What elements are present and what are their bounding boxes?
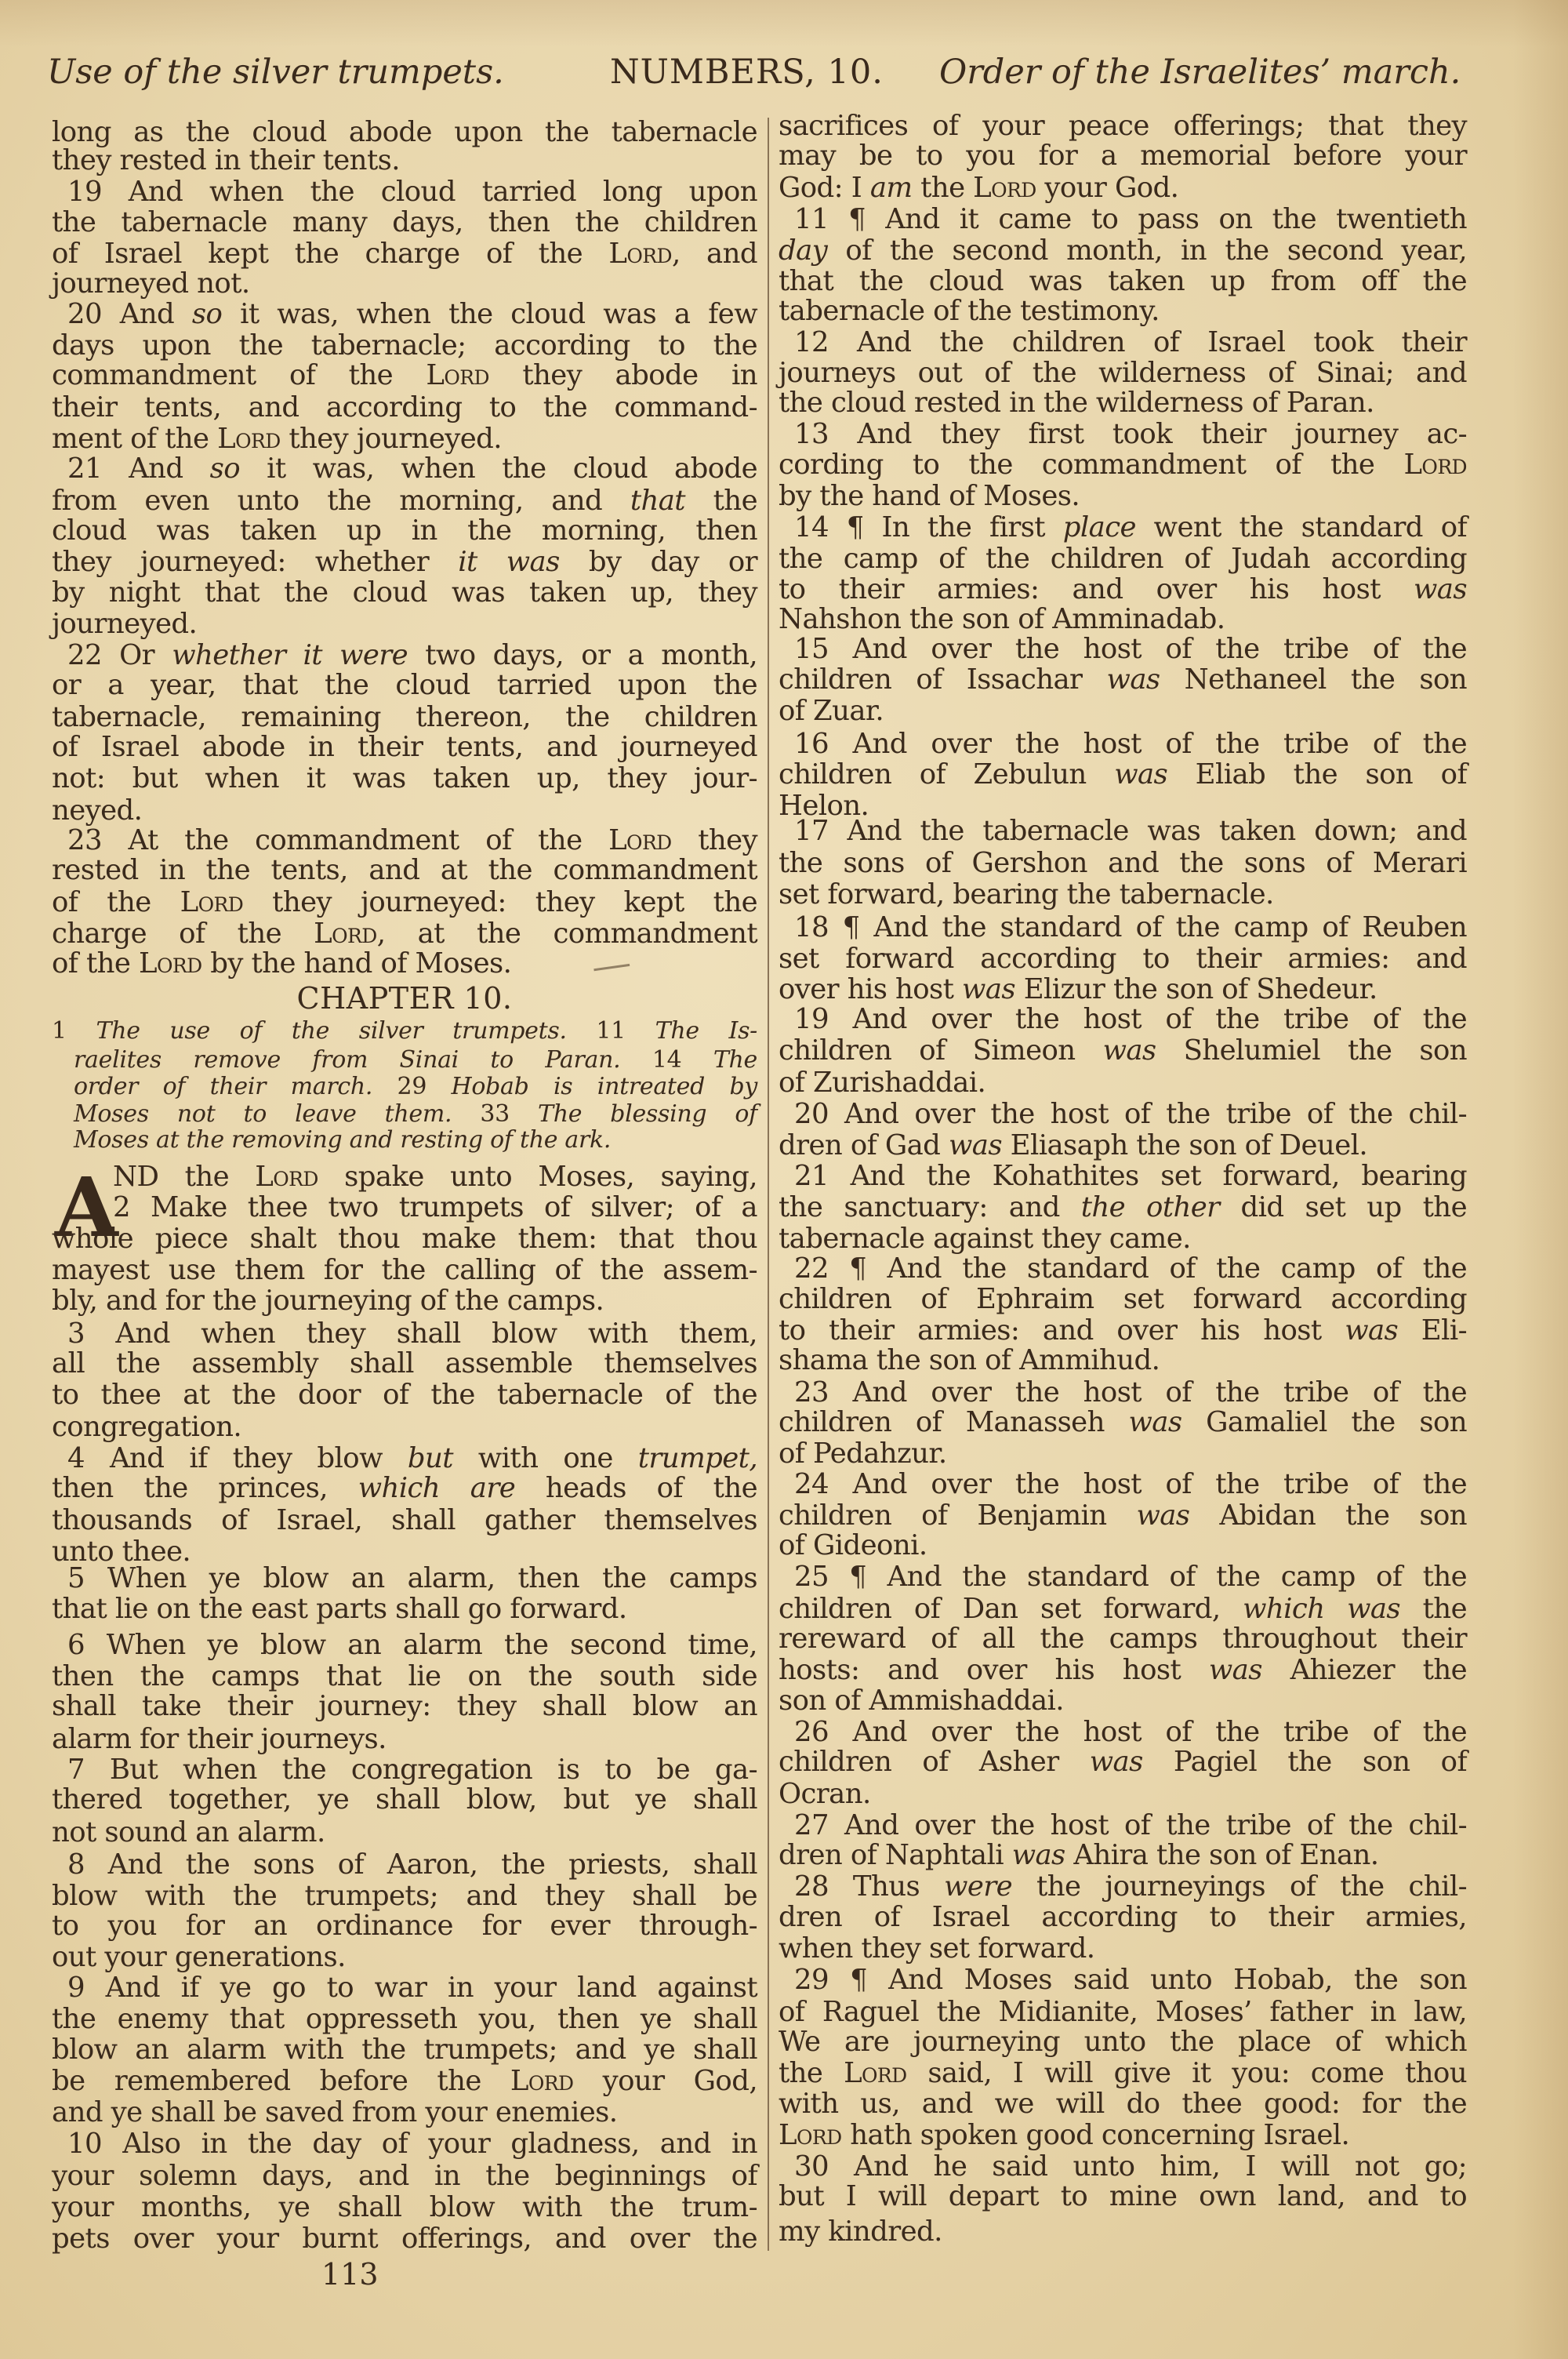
text-line: of Israel kept the charge of the Lord, a… [52,238,757,270]
text-line: charge of the Lord, at the commandment [52,918,757,950]
text-line: 27 And over the host of the tribe of the… [779,1810,1467,1841]
text-run: of Zurishaddai. [779,1067,985,1099]
small-caps-text: Lord [779,2119,842,2151]
text-line: journeys out of the wilderness of Sinai;… [779,358,1467,389]
text-run: that the cloud was taken up from off the [779,265,1467,297]
italic-text: was [1209,1654,1262,1686]
text-line: 18 ¶ And the standard of the camp of Reu… [779,912,1467,943]
text-line: not: but when it was taken up, they jour… [52,763,757,794]
text-run: the [912,172,973,204]
text-line: shall take their journey: they shall blo… [52,1691,757,1722]
text-run: children of Ephraim set forward accordin… [779,1283,1467,1315]
italic-text: but [408,1442,453,1474]
text-line: to their armies: and over his host was [779,574,1467,605]
text-run: Hobab is intreated by [452,1073,757,1100]
small-caps-text: Lord [180,886,244,918]
text-run: by the hand of Moses. [202,947,512,980]
text-line: children of Ephraim set forward accordin… [779,1284,1467,1315]
italic-text: was [1103,1034,1156,1067]
small-caps-text: Lord [139,947,202,980]
text-run: 29 [397,1073,452,1100]
text-line: the sanctuary: and the other did set up … [779,1192,1467,1223]
italic-text: was [949,1129,1002,1161]
text-run: dren of Naphtali [779,1839,1012,1871]
text-run: thousands of Israel, shall gather themse… [52,1504,757,1536]
text-run: Elizur the son of Shedeur. [1015,973,1377,1005]
text-line: 6 When ye blow an alarm the second time, [52,1630,757,1661]
italic-text: was [1345,1314,1398,1347]
text-run: they abode in [489,359,757,391]
text-line: journeyed not. [52,268,757,300]
text-run: 8 And the sons of Aaron, the priests, sh… [67,1848,757,1881]
text-line: Lord hath spoken good concerning Israel. [779,2120,1467,2151]
text-run: when they set forward. [779,1932,1094,1965]
text-line: my kindred. [779,2216,1467,2248]
text-run: days upon the tabernacle; according to t… [52,329,757,362]
text-run: of the [52,886,180,918]
italic-text: so [192,298,222,330]
italic-text: was [1012,1839,1065,1871]
italic-text: so [210,453,240,485]
text-line: the camp of the children of Judah accord… [779,543,1467,575]
text-line: but I will depart to mine own land, and … [779,2181,1467,2212]
text-run: 27 And over the host of the tribe of the… [794,1809,1467,1841]
text-line: tabernacle against they came. [779,1223,1467,1255]
text-run: alarm for their journeys. [52,1723,387,1755]
text-line: tabernacle, remaining thereon, the child… [52,702,757,733]
text-line: of Israel abode in their tents, and jour… [52,732,757,763]
text-line: when they set forward. [779,1933,1467,1965]
text-line: ND the Lord spake unto Moses, saying, [52,1161,757,1193]
text-run: 14 [652,1046,713,1074]
text-run: Nahshon the son of Amminadab. [779,603,1225,635]
text-line: 23 And over the host of the tribe of the [779,1377,1467,1408]
text-run: children of Issachar [779,663,1107,696]
small-caps-text: Lord [217,423,281,455]
text-run: and ye shall be saved from your enemies. [52,2096,617,2128]
text-line: commandment of the Lord they abode in [52,360,757,391]
text-run: 16 And over the host of the tribe of the [794,728,1467,760]
text-run: be remembered before the [52,2065,510,2097]
italic-text: was [962,973,1015,1005]
text-line: of Raguel the Midianite, Moses’ father i… [779,1997,1467,2028]
text-run: 14 ¶ In the first [794,511,1063,543]
italic-text: was [1114,758,1167,791]
text-line: or a year, that the cloud tarried upon t… [52,670,757,701]
text-line: over his host was Elizur the son of Shed… [779,974,1467,1005]
running-head-book-chapter: NUMBERS, 10. [610,49,884,96]
text-run: 20 And over the host of the tribe of the… [794,1098,1467,1130]
text-run: CHAPTER 10. [297,981,513,1016]
text-line: with us, and we will do thee good: for t… [779,2088,1467,2120]
text-line: 30 And he said unto him, I will not go; [779,2151,1467,2183]
text-line: shama the son of Ammihud. [779,1345,1467,1376]
text-line: 3 And when they shall blow with them, [52,1318,757,1350]
text-line: of Zuar. [779,696,1467,727]
text-line: and ye shall be saved from your enemies. [52,2097,757,2128]
text-run: 2 Make thee two trumpets of silver; of a [113,1191,757,1223]
text-line: by night that the cloud was taken up, th… [52,577,757,609]
text-run: of Raguel the Midianite, Moses’ father i… [779,1996,1467,2028]
text-run: of Israel abode in their tents, and jour… [52,731,757,763]
text-line: journeyed. [52,609,757,640]
text-run: 22 Or [67,639,172,671]
text-run: Ahira the son of Enan. [1065,1839,1379,1871]
text-run: that lie on the east parts shall go forw… [52,1593,627,1625]
small-caps-text: Lord [844,2057,907,2089]
text-line: tabernacle of the testimony. [779,296,1467,327]
text-run: to their armies: and over his host [779,1314,1345,1347]
text-run: spake unto Moses, saying, [318,1161,757,1193]
text-line: by the hand of Moses. [779,481,1467,512]
chapter-heading: CHAPTER 10. [52,983,757,1014]
text-run: 10 Also in the day of your gladness, and… [67,2128,757,2160]
text-line: 22 Or whether it were two days, or a mon… [52,640,757,671]
text-run: heads of the [515,1472,757,1504]
text-run: their tents, and according to the comman… [52,391,757,423]
text-line: 15 And over the host of the tribe of the [779,634,1467,665]
text-run: they journeyed: they kept the [243,886,757,918]
italic-text: trumpet, [638,1442,757,1474]
text-line: children of Issachar was Nethaneel the s… [779,664,1467,696]
text-line: of Pedahzur. [779,1438,1467,1470]
text-run: my kindred. [779,2215,942,2248]
text-run: 11 [596,1017,655,1045]
text-line: blow an alarm with the trumpets; and ye … [52,2034,757,2066]
text-run: dren of Israel according to their armies… [779,1901,1467,1933]
text-run: by night that the cloud was taken up, th… [52,576,757,609]
text-run: sacrifices of your peace offerings; that… [779,110,1467,142]
text-run: to their armies: and over his host [779,573,1414,605]
text-line: thousands of Israel, shall gather themse… [52,1505,757,1536]
text-line: be remembered before the Lord your God, [52,2066,757,2097]
text-run: they journeyed. [281,423,502,455]
text-run: 25 ¶ And the standard of the camp of the [794,1561,1467,1593]
text-run: children of Manasseh [779,1406,1129,1438]
text-run: raelites remove from Sinai to Paran. [74,1046,652,1074]
text-run: Nethaneel the son [1160,663,1467,696]
text-run: but I will depart to mine own land, and … [779,2180,1467,2212]
text-line: 26 And over the host of the tribe of the [779,1717,1467,1748]
italic-text: was [1129,1406,1182,1438]
text-line: their tents, and according to the comman… [52,392,757,423]
text-line: Ocran. [779,1779,1467,1810]
italic-text: place [1063,511,1136,543]
text-run: the [779,2057,844,2089]
text-run: they [672,824,757,856]
text-run: your God, [573,2065,757,2097]
text-run: set forward, bearing the tabernacle. [779,878,1274,911]
text-line: that the cloud was taken up from off the [779,266,1467,297]
text-run: Pagiel the son of [1143,1746,1467,1778]
text-line: set forward, bearing the tabernacle. [779,879,1467,911]
text-line: 25 ¶ And the standard of the camp of the [779,1561,1467,1593]
italic-text: the other [1081,1191,1220,1223]
text-line: your months, ye shall blow with the trum… [52,2192,757,2223]
text-line: to thee at the door of the tabernacle of… [52,1379,757,1411]
text-run: thered together, ye shall blow, but ye s… [52,1783,757,1816]
italic-text: were [944,1870,1012,1903]
text-line: your solemn days, and in the beginnings … [52,2161,757,2192]
text-run: of Israel kept the charge of the [52,238,608,270]
text-line: 13 And they first took their journey ac- [779,419,1467,450]
text-run: shall take their journey: they shall blo… [52,1690,757,1722]
text-run: son of Ammishaddai. [779,1685,1064,1717]
text-line: bly, and for the journeying of the camps… [52,1285,757,1317]
text-line: rereward of all the camps throughout the… [779,1623,1467,1655]
text-line: out your generations. [52,1942,757,1973]
text-line: 21 And so it was, when the cloud abode [52,453,757,485]
text-run: it was, when the cloud was a few [222,298,757,330]
text-line: then the camps that lie on the south sid… [52,1661,757,1692]
small-caps-text: Lord [314,918,377,950]
text-line: dren of Gad was Eliasaph the son of Deue… [779,1130,1467,1161]
text-run: did set up the [1220,1191,1467,1223]
text-line: they journeyed: whether it was by day or [52,547,757,578]
text-run: 24 And over the host of the tribe of the [794,1468,1467,1500]
text-run: 18 ¶ And the standard of the camp of Reu… [794,911,1467,943]
text-run: , at the commandment [377,918,757,950]
small-caps-text: Lord [510,2065,574,2097]
text-line: dren of Israel according to their armies… [779,1902,1467,1933]
text-line: blow with the trumpets; and they shall b… [52,1881,757,1912]
small-caps-text: Lord [608,824,672,856]
text-line: children of Asher was Pagiel the son of [779,1747,1467,1778]
text-run: the cloud rested in the wilderness of Pa… [779,387,1374,419]
text-run: of the second month, in the second year, [827,234,1467,267]
text-line: of the Lord they journeyed: they kept th… [52,887,757,918]
text-run: , and [672,238,757,270]
text-run: 19 And when the cloud tarried long upon [67,176,757,208]
text-line: 12 And the children of Israel took their [779,327,1467,358]
text-run: your God. [1036,172,1179,204]
page-shadow-top [0,0,1568,47]
text-line: 24 And over the host of the tribe of the [779,1469,1467,1500]
text-line: all the assembly shall assemble themselv… [52,1348,757,1379]
text-run: Moses at the removing and resting of the… [74,1126,611,1154]
text-run: mayest use them for the calling of the a… [52,1254,757,1286]
text-run: with us, and we will do thee good: for t… [779,2088,1467,2120]
text-line: of the Lord by the hand of Moses. [52,948,757,980]
text-line: children of Manasseh was Gamaliel the so… [779,1407,1467,1438]
text-line: 23 At the commandment of the Lord they [52,825,757,856]
text-run: 1 [52,1017,96,1045]
text-line: rested in the tents, and at the commandm… [52,855,757,886]
text-run: the camp of the children of Judah accord… [779,543,1467,575]
text-run: Moses not to leave them. [74,1100,480,1128]
text-run: went the standard of [1136,511,1467,543]
text-run: 21 And the Kohathites set forward, beari… [794,1160,1467,1192]
text-line: congregation. [52,1412,757,1443]
text-line: dren of Naphtali was Ahira the son of En… [779,1840,1467,1871]
text-run: they rested in their tents. [52,144,400,176]
small-caps-text: Lord [608,238,672,270]
text-run: or a year, that the cloud tarried upon t… [52,669,757,701]
text-run: 22 ¶ And the standard of the camp of the [794,1252,1467,1285]
small-caps-text: Lord [973,172,1036,204]
text-line: 20 And over the host of the tribe of the… [779,1099,1467,1130]
text-run: The Is- [655,1017,757,1045]
text-run: children of Asher [779,1746,1090,1778]
text-line: 4 And if they blow but with one trumpet, [52,1443,757,1474]
text-run: bly, and for the journeying of the camps… [52,1285,604,1317]
text-run: with one [453,1442,638,1474]
text-line: hosts: and over his host was Ahiezer the [779,1655,1467,1686]
text-run: to thee at the door of the tabernacle of… [52,1379,757,1411]
chapter-summary-line: Moses at the removing and resting of the… [52,1125,757,1156]
text-run: the tabernacle many days, then the child… [52,206,757,238]
text-run: 6 When ye blow an alarm the second time, [67,1629,757,1661]
text-line: 9 And if ye go to war in your land again… [52,1972,757,2004]
text-line: days upon the tabernacle; according to t… [52,330,757,362]
text-line: 17 And the tabernacle was taken down; an… [779,816,1467,847]
text-run: cloud was taken up in the morning, then [52,514,757,547]
text-line: from even unto the morning, and that the [52,485,757,517]
page-shadow-right [1513,0,1568,2359]
text-run: Ocran. [779,1778,871,1810]
text-line: pets over your burnt offerings, and over… [52,2223,757,2255]
text-run: of Zuar. [779,695,884,727]
italic-text: am [870,172,913,204]
text-line: not sound an alarm. [52,1817,757,1848]
text-run: blow an alarm with the trumpets; and ye … [52,2034,757,2066]
text-run: two days, or a month, [408,639,757,671]
text-line: to their armies: and over his host was E… [779,1315,1467,1347]
text-line: 7 But when the congregation is to be ga- [52,1754,757,1786]
italic-text: was [1090,1746,1143,1778]
text-run: 13 And they first took their journey ac- [794,418,1467,450]
small-caps-text: Lord [1403,449,1467,481]
text-line: God: I am the Lord your God. [779,173,1467,204]
italic-text: whether it were [172,639,408,671]
text-line: to you for an ordinance for ever through… [52,1910,757,1942]
text-line: cording to the commandment of the Lord [779,449,1467,481]
text-run: 17 And the tabernacle was taken down; an… [794,815,1467,847]
text-line: children of Dan set forward, which was t… [779,1594,1467,1625]
text-run: Gamaliel the son [1181,1406,1467,1438]
running-head-left: Use of the silver trumpets. [47,49,504,96]
text-run: children of Zebulun [779,758,1114,791]
text-run: order of their march. [74,1073,397,1100]
italic-text: was [1107,663,1160,696]
text-run: children of Simeon [779,1034,1103,1067]
text-run: then the camps that lie on the south sid… [52,1660,757,1692]
text-run: out your generations. [52,1941,346,1973]
text-run: journeys out of the wilderness of Sinai;… [779,357,1467,389]
text-line: 8 And the sons of Aaron, the priests, sh… [52,1849,757,1881]
text-run: hath spoken good concerning Israel. [842,2119,1350,2151]
text-line: whole piece shalt thou make them: that t… [52,1223,757,1255]
text-run: 23 At the commandment of the [67,824,608,856]
text-run: the [1400,1593,1467,1625]
text-line: of Gideoni. [779,1530,1467,1561]
text-run: Eliab the son of [1167,758,1467,791]
text-line: children of Zebulun was Eliab the son of [779,759,1467,791]
text-run: cording to the commandment of the [779,449,1403,481]
text-line: the cloud rested in the wilderness of Pa… [779,387,1467,419]
text-run: 33 [480,1100,538,1128]
text-run: tabernacle against they came. [779,1223,1191,1255]
text-run: then the princes, [52,1472,358,1504]
text-line: then the princes, which are heads of the [52,1473,757,1504]
text-run: charge of the [52,918,314,950]
text-line: sacrifices of your peace offerings; that… [779,111,1467,142]
text-line: that lie on the east parts shall go forw… [52,1594,757,1625]
text-line: 20 And so it was, when the cloud was a f… [52,299,757,330]
column-divider [768,118,769,2251]
text-run: commandment of the [52,359,426,391]
text-run: tabernacle of the testimony. [779,295,1160,327]
text-line: mayest use them for the calling of the a… [52,1255,757,1286]
text-run: over his host [779,973,962,1005]
text-run: all the assembly shall assemble themselv… [52,1347,757,1379]
text-line: the enemy that oppresseth you, then ye s… [52,2004,757,2035]
text-line: 22 ¶ And the standard of the camp of the [779,1253,1467,1285]
text-run: rested in the tents, and at the commandm… [52,854,757,886]
text-run: hosts: and over his host [779,1654,1209,1686]
text-line: children of Simeon was Shelumiel the son [779,1035,1467,1067]
small-caps-text: Lord [426,359,489,391]
text-run: 3 And when they shall blow with them, [67,1318,757,1350]
text-run: to you for an ordinance for ever through… [52,1910,757,1942]
text-line: the tabernacle many days, then the child… [52,207,757,238]
text-line: thered together, ye shall blow, but ye s… [52,1784,757,1816]
text-run: Abidan the son [1189,1499,1467,1532]
text-run: dren of Gad [779,1129,949,1161]
text-run: the journeyings of the chil- [1012,1870,1467,1903]
text-line: 28 Thus were the journeyings of the chil… [779,1871,1467,1903]
text-run: may be to you for a memorial before your [779,140,1467,172]
text-run: 21 And [67,453,210,485]
text-line: 5 When ye blow an alarm, then the camps [52,1563,757,1594]
text-run: 19 And over the host of the tribe of the [794,1003,1467,1035]
italic-text: day [779,234,827,267]
text-run: whole piece shalt thou make them: that t… [52,1223,757,1255]
text-run: children of Benjamin [779,1499,1136,1532]
text-line: We are journeying unto the place of whic… [779,2026,1467,2058]
italic-text: was [1136,1499,1189,1532]
text-run: journeyed not. [52,267,250,300]
text-run: 15 And over the host of the tribe of the [794,633,1467,665]
text-run: Shelumiel the son [1156,1034,1467,1067]
italic-text: that [630,485,685,517]
text-line: Nahshon the son of Amminadab. [779,604,1467,635]
text-line: 2 Make thee two trumpets of silver; of a [52,1192,757,1223]
text-line: may be to you for a memorial before your [779,140,1467,172]
text-run: of Gideoni. [779,1529,927,1561]
italic-text: it was [458,546,560,578]
text-run: 5 When ye blow an alarm, then the camps [67,1562,757,1594]
text-line: 21 And the Kohathites set forward, beari… [779,1161,1467,1192]
text-run: 30 And he said unto him, I will not go; [794,2150,1467,2183]
text-run: your months, ye shall blow with the trum… [52,2191,757,2223]
text-line: they rested in their tents. [52,145,757,176]
chapter-summary-line: 1 The use of the silver trumpets. 11 The… [52,1016,757,1047]
text-line: 10 Also in the day of your gladness, and… [52,2128,757,2160]
text-run: children of Dan set forward, [779,1593,1243,1625]
text-line: son of Ammishaddai. [779,1685,1467,1717]
text-run: your solemn days, and in the beginnings … [52,2160,757,2192]
text-run: long as the cloud abode upon the taberna… [52,116,757,148]
text-run: 9 And if ye go to war in your land again… [67,1972,757,2004]
text-run: not: but when it was taken up, they jour… [52,762,757,794]
text-run: 29 ¶ And Moses said unto Hobab, the son [794,1964,1467,1996]
text-run: We are journeying unto the place of whic… [779,2026,1467,2058]
text-run: 20 And [67,298,192,330]
text-line: alarm for their journeys. [52,1724,757,1755]
text-run: journeyed. [52,608,197,640]
text-run: Eliasaph the son of Deuel. [1002,1129,1367,1161]
